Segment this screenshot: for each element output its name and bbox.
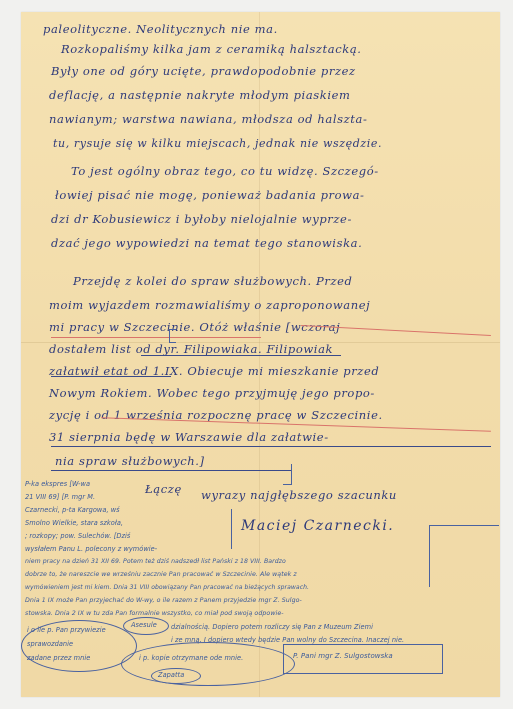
blue-underline [141,355,341,356]
margin-note: wysłałem Panu L. polecony z wymówie- [25,545,157,553]
margin-note: stowska. Dnia 2 IX w tu zda Pan formalni… [25,610,284,617]
annotation-line [429,525,499,526]
margin-note: Dnia 1 IX może Pan przyjechać do W-wy, o… [25,597,302,604]
annotation-line [429,525,430,587]
body-line: Były one od góry ucięte, prawdopodobnie … [51,64,356,78]
margin-note: ; rozkopy; pow. Sulechów. [Dziś [25,532,130,540]
body-line: łowiej pisać nie mogę, ponieważ badania … [55,188,365,202]
body-line: tu, rysuje się w kilku miejscach, jednak… [53,137,382,150]
body-line: nawianym; warstwa nawiana, młodsza od ha… [49,112,367,126]
margin-note: 21 VIII 69] [P. mgr M. [25,493,95,501]
margin-note: Zapatta [158,671,184,679]
margin-note: dobrze to, że nareszcie we wrześniu zacz… [25,571,297,578]
bracket-mark [169,329,176,343]
signature: Maciej Czarnecki. [241,518,394,534]
margin-note: i p. kopie otrzymane ode mnie. [139,654,243,662]
closing-text: Łączę [145,482,182,496]
annotation-oval [121,642,295,686]
body-line: mi pracy w Szczecinie. Otóż właśnie [wcz… [49,320,340,334]
margin-note: Smolno Wielkie, stara szkoła, [25,519,123,527]
body-line: dzi dr Kobusiewicz i byłoby nielojalnie … [51,212,352,226]
margin-note: Asesule [131,621,157,629]
margin-note: niem pracy na dzień 31 XII 69. Potem też… [25,558,286,565]
blue-underline [51,470,291,471]
margin-note: sprawozdanie [27,640,73,648]
letter-page: paleolityczne. Neolitycznych nie ma. Roz… [21,12,500,697]
margin-note: i o ile p. Pan przywiezie [27,626,106,634]
margin-note: wymówieniem jest mi kiem. Dnia 31 VIII o… [25,584,309,591]
annotation-line [231,509,232,549]
body-line: zycję i od 1 września rozpocznę pracę w … [49,408,383,422]
body-line: Przejdę z kolei do spraw służbowych. Prz… [73,274,353,288]
body-line: deflację, a następnie nakryte młodym pia… [49,88,351,102]
margin-note: Czarnecki, p-ta Kargowa, wś [25,506,120,514]
body-line: moim wyjazdem rozmawialiśmy o zaproponow… [49,298,370,312]
recipient-note: P. Pani mgr Z. Sulgostowska [293,652,393,660]
body-line: Rozkopaliśmy kilka jam z ceramiką halszt… [61,42,362,56]
body-line: paleolityczne. Neolitycznych nie ma. [43,22,278,36]
margin-note: dzialnością. Dopiero potem rozliczy się … [171,623,373,631]
red-underline [51,337,261,338]
closing-text: wyrazy najgłębszego szacunku [201,488,397,502]
blue-underline [51,376,171,377]
body-line: dostałem list od dyr. Filipowiaka. Filip… [49,342,333,356]
body-line: 31 sierpnia będę w Warszawie dla załatwi… [49,430,329,444]
body-line: dzać jego wypowiedzi na temat tego stano… [51,236,362,250]
margin-note: zadane przez mnie [27,654,90,662]
body-line: nia spraw służbowych.] [55,454,205,468]
margin-note: P-ka ekspres [W-wa [25,480,90,488]
body-line: Nowym Rokiem. Wobec tego przyjmuję jego … [49,386,375,400]
bracket-mark [283,464,292,485]
body-line: To jest ogólny obraz tego, co tu widzę. … [71,164,379,178]
blue-underline [51,446,491,447]
